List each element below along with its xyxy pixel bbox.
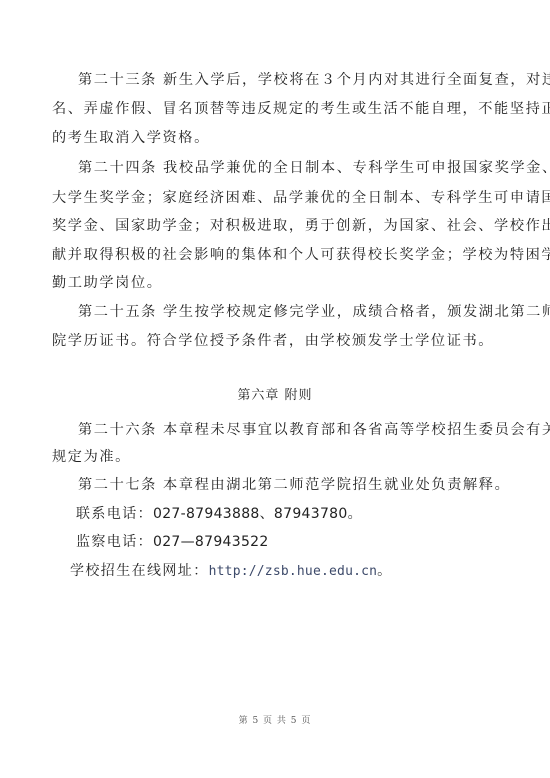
document-page: 第二十三条 新生入学后，学校将在３个月内对其进行全面复查，对违规报 名、弄虚作假…	[0, 0, 550, 778]
contact-phone: 联系电话：027-87943888、87943780。	[76, 504, 362, 524]
article-26-line-2: 规定为准。	[52, 447, 502, 467]
website-label: 学校招生在线网址：	[70, 563, 209, 579]
article-24-line-4: 献并取得积极的社会影响的集体和个人可获得校长奖学金；学校为特困学生提供	[52, 245, 502, 265]
supervision-phone-label: 监察电话：	[76, 534, 153, 550]
article-24-line-1: 第二十四条 我校品学兼优的全日制本、专科学生可申报国家奖学金、优秀	[78, 158, 528, 178]
admissions-website: 学校招生在线网址：http://zsb.hue.edu.cn。	[70, 561, 393, 581]
chapter-title: 第六章 附则	[0, 386, 550, 406]
page-number-footer: 第 5 页 共 5 页	[0, 714, 550, 728]
article-27-line-1: 第二十七条 本章程由湖北第二师范学院招生就业处负责解释。	[78, 475, 528, 495]
article-25-line-2: 院学历证书。符合学位授予条件者，由学校颁发学士学位证书。	[52, 331, 502, 351]
article-23-line-3: 的考生取消入学资格。	[52, 128, 502, 148]
contact-phone-label: 联系电话：	[76, 506, 153, 522]
website-period: 。	[377, 563, 392, 579]
article-24-line-3: 奖学金、国家助学金；对积极进取，勇于创新，为国家、社会、学校作出重大贡	[52, 216, 502, 236]
article-25-line-1: 第二十五条 学生按学校规定修完学业，成绩合格者，颁发湖北第二师范学	[78, 302, 528, 322]
supervision-phone-value: 027—87943522	[153, 534, 269, 550]
article-26-line-1: 第二十六条 本章程未尽事宜以教育部和各省高等学校招生委员会有关文件	[78, 420, 528, 440]
article-24-line-2: 大学生奖学金；家庭经济困难、品学兼优的全日制本、专科学生可申请国家励志	[52, 188, 502, 208]
contact-phone-value: 027-87943888、87943780。	[153, 506, 362, 522]
article-23-line-1: 第二十三条 新生入学后，学校将在３个月内对其进行全面复查，对违规报	[78, 70, 528, 90]
website-url-link[interactable]: http://zsb.hue.edu.cn	[209, 564, 378, 579]
article-23-line-2: 名、弄虚作假、冒名顶替等违反规定的考生或生活不能自理，不能坚持正常学习	[52, 99, 502, 119]
article-24-line-5: 勤工助学岗位。	[52, 273, 502, 293]
supervision-phone: 监察电话：027—87943522	[76, 532, 269, 552]
